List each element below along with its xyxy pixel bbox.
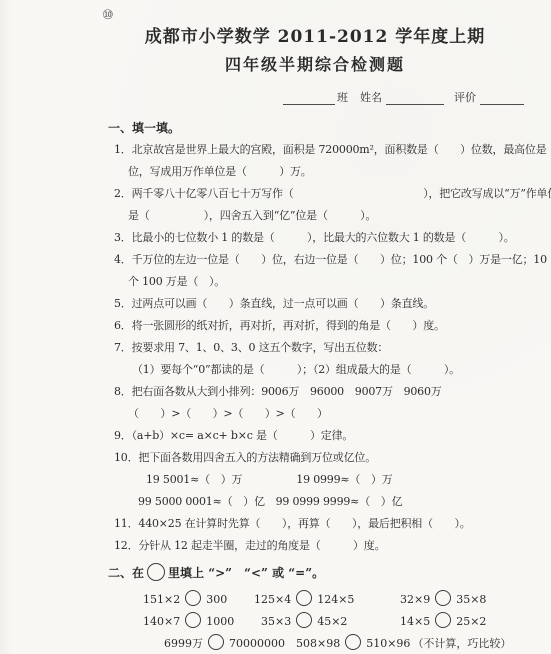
right-expression: 1000	[206, 615, 234, 628]
compare-circle-icon	[185, 612, 201, 628]
comparison-item: 508×98510×96（不计算，巧比较）	[296, 633, 511, 654]
comparison-item: 35×345×2	[261, 611, 347, 633]
question-8-line-1: 8．把右面各数从大到小排列：9006万 96000 9007万 9060万	[108, 381, 551, 403]
comparison-grid: 151×2300 125×4124×5 32×935×8 140×71000 3…	[108, 589, 551, 654]
compare-circle-icon	[435, 590, 451, 606]
question-12: 12．分针从 12 起走半圈，走过的角度是（ ）度。	[108, 535, 551, 557]
section1-heading: 一、填一填。	[108, 117, 551, 139]
compare-circle-icon	[345, 634, 361, 650]
comparison-row-2: 140×71000 35×345×2 14×525×2	[108, 611, 551, 633]
question-9: 9．（a+b）×c= a×c+ b×c 是（ ）定律。	[108, 425, 551, 447]
right-expression: 25×2	[456, 615, 486, 628]
question-1-line-1: 1．北京故宫是世界上最大的宫殿，面积是 720000m²，面积数是（ ）位数，最…	[108, 139, 551, 161]
right-expression: 510×96	[366, 637, 410, 650]
section2-heading-prefix: 二、在	[108, 566, 144, 580]
question-11: 11．440×25 在计算时先算（ ），再算（ ），最后把积相（ ）。	[108, 513, 551, 535]
question-7-line-2: （1）要每个“0”都读的是（ ）；（2）组成最大的是（ ）。	[108, 359, 551, 381]
left-expression: 32×9	[400, 593, 430, 606]
eval-blank-line	[480, 91, 524, 105]
compare-circle-icon	[296, 590, 312, 606]
eval-label: 评价	[454, 91, 476, 104]
student-info-line: 班姓名评价	[283, 89, 551, 107]
question-2-line-2: 是（ ），四舍五入到“亿”位是（ ）。	[108, 205, 551, 227]
left-expression: 125×4	[254, 593, 291, 606]
page-title: 成都市小学数学 2011-2012 学年度上期	[100, 26, 530, 48]
left-expression: 35×3	[261, 615, 291, 628]
compare-circle-icon	[147, 563, 165, 581]
comparison-item: 125×4124×5	[254, 589, 354, 611]
comparison-item: 151×2300	[143, 589, 227, 611]
section2-heading-suffix: 里填上 “>” “<” 或 “=”。	[168, 566, 324, 580]
comparison-item: 32×935×8	[400, 589, 486, 611]
comparison-item: 14×525×2	[400, 611, 486, 633]
name-blank-line	[386, 91, 444, 105]
question-10-line-1: 10．把下面各数用四舍五入的方法精确到万位或亿位。	[108, 447, 551, 469]
scanned-test-paper: ⑩ 成都市小学数学 2011-2012 学年度上期 四年级半期综合检测题 班姓名…	[0, 0, 551, 654]
name-label: 姓名	[360, 91, 382, 104]
question-5: 5．过两点可以画（ ）条直线，过一点可以画（ ）条直线。	[108, 293, 551, 315]
question-2-line-1: 2．两千零八十亿零八百七十万写作（ ），把它改写成以“万”作单位的数	[108, 183, 551, 205]
right-expression: 124×5	[317, 593, 354, 606]
comparison-row-3: 6999万70000000 508×98510×96（不计算，巧比较）	[108, 633, 551, 654]
right-expression: 45×2	[317, 615, 347, 628]
right-expression: 35×8	[456, 593, 486, 606]
question-10-line-2: 19 5001≈（ ）万 19 0999≈（ ）万	[108, 469, 551, 491]
right-expression: 70000000	[229, 637, 285, 650]
question-4-line-2: 个 100 万是（ ）。	[108, 271, 551, 293]
question-3: 3．比最小的七位数小 1 的数是（ ），比最大的六位数大 1 的数是（ ）。	[108, 227, 551, 249]
left-expression: 140×7	[143, 615, 180, 628]
question-7-line-1: 7．按要求用 7、1、0、3、0 这五个数字，写出五位数：	[108, 337, 551, 359]
comparison-row-1: 151×2300 125×4124×5 32×935×8	[108, 589, 551, 611]
left-expression: 151×2	[143, 593, 180, 606]
comparison-item: 140×71000	[143, 611, 234, 633]
left-expression: 6999万	[164, 637, 203, 650]
left-expression: 14×5	[400, 615, 430, 628]
question-8-answer-line: （ ）>（ ）>（ ）>（ ）	[108, 403, 551, 425]
comparison-item: 6999万70000000	[164, 633, 285, 654]
comparison-note: （不计算，巧比较）	[412, 637, 511, 650]
page-stamp: ⑩	[102, 8, 114, 23]
question-4-line-1: 4．千万位的左边一位是（ ）位，右边一位是（ ）位；100 个（ ）万是一亿；1…	[108, 249, 551, 271]
compare-circle-icon	[185, 590, 201, 606]
right-expression: 300	[206, 593, 227, 606]
compare-circle-icon	[435, 612, 451, 628]
question-1-line-2: 位，写成用万作单位是（ ）万。	[108, 161, 551, 183]
left-expression: 508×98	[296, 637, 340, 650]
test-body: 一、填一填。 1．北京故宫是世界上最大的宫殿，面积是 720000m²，面积数是…	[0, 117, 551, 654]
compare-circle-icon	[208, 634, 224, 650]
class-blank-line	[283, 91, 335, 105]
compare-circle-icon	[296, 612, 312, 628]
class-label: 班	[337, 91, 348, 104]
page-subtitle: 四年级半期综合检测题	[100, 54, 530, 75]
section2-heading: 二、在里填上 “>” “<” 或 “=”。	[108, 561, 551, 585]
question-6: 6．将一张圆形的纸对折，再对折，再对折，得到的角是（ ）度。	[108, 315, 551, 337]
question-10-line-3: 99 5000 0001≈（ ）亿 99 0999 9999≈（ ）亿	[108, 491, 551, 513]
header: 成都市小学数学 2011-2012 学年度上期 四年级半期综合检测题	[100, 0, 530, 75]
